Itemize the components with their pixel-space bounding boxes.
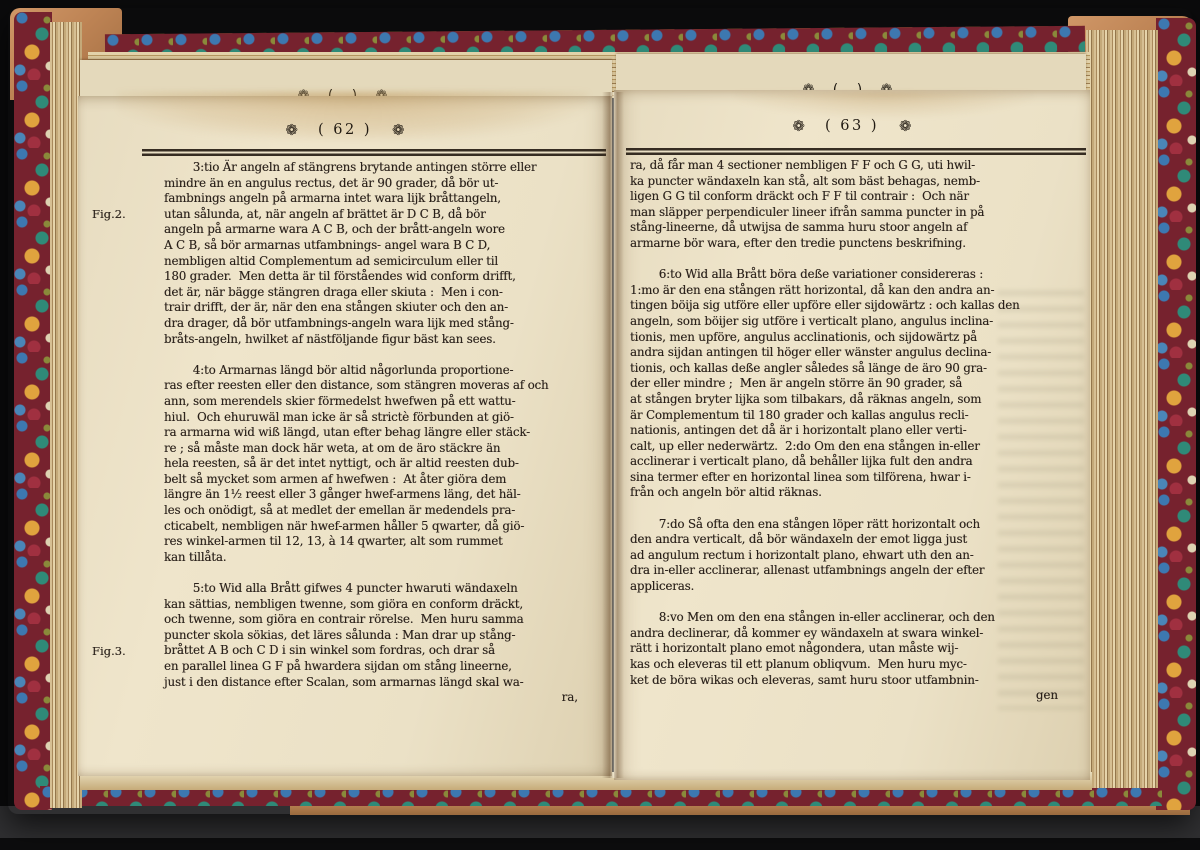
text-line: acclinerar i verticalt plano, då behålle… bbox=[630, 454, 1080, 470]
text-line: re ; så måste man dock här weta, at om d… bbox=[164, 441, 600, 457]
catchword: ra, bbox=[164, 690, 600, 706]
text-line: ra, då får man 4 sectioner nembligen F F… bbox=[630, 158, 1080, 174]
rosette-ornament-icon: ❁ bbox=[392, 123, 405, 138]
text-column: ra, då får man 4 sectioner nembligen F F… bbox=[630, 158, 1080, 704]
text-line: ras efter reesten eller den distance, so… bbox=[164, 378, 600, 394]
page-63: ❁ ( 63 ) ❁ ra, då får man 4 sectioner ne… bbox=[614, 90, 1090, 780]
text-line: 4:to Armarnas längd bör altid någorlunda… bbox=[164, 363, 600, 379]
text-line: tionis, och kallas deße angler således s… bbox=[630, 361, 1080, 377]
text-line: les och onödigt, så at medlet der emella… bbox=[164, 503, 600, 519]
text-line: belt så mycket som armen af hwefwen : At… bbox=[164, 472, 600, 488]
underlying-leaf-left: ❁ ( ) ❁ bbox=[80, 60, 612, 96]
text-line: nembligen altid Complementum ad semicirc… bbox=[164, 254, 600, 270]
text-line: en parallel linea G F på hwardera sijdan… bbox=[164, 659, 600, 675]
text-line: res winkel-armen til 12, 13, à 14 qwarte… bbox=[164, 534, 600, 550]
page-number: ( 62 ) bbox=[318, 122, 372, 138]
page-62: ❁ ( 62 ) ❁ Fig.2. Fig.3. 3:tio Är angeln… bbox=[78, 96, 612, 776]
text-line bbox=[630, 595, 1080, 611]
text-line: hiul. Och ehuruwäl man icke är så strict… bbox=[164, 410, 600, 426]
text-line: från och angeln bör altid räknas. bbox=[630, 485, 1080, 501]
text-line: A C B, så bör armarnas utfambnings- ange… bbox=[164, 238, 600, 254]
running-head: ❁ ( 63 ) ❁ bbox=[614, 118, 1090, 134]
text-line: mindre än en angulus rectus, det är 90 g… bbox=[164, 176, 600, 192]
text-line: puncter skola sökias, det läres sålunda … bbox=[164, 628, 600, 644]
marbled-cover-right bbox=[1156, 18, 1196, 810]
text-line: ket de böra wikas och eleveras, samt hur… bbox=[630, 673, 1080, 689]
text-line: den andra verticalt, då bör wändaxeln de… bbox=[630, 532, 1080, 548]
text-line: tingen böija sig utföre eller upföre ell… bbox=[630, 298, 1080, 314]
text-column: Fig.2. Fig.3. 3:tio Är angeln af stängre… bbox=[164, 160, 600, 706]
text-line: andra sijdan antingen til höger eller wä… bbox=[630, 345, 1080, 361]
text-line: kan sättias, nembligen twenne, som giöra… bbox=[164, 597, 600, 613]
text-line: bråts-angeln, hwilket af nästföljande fi… bbox=[164, 332, 600, 348]
text-line: kan tillåta. bbox=[164, 550, 600, 566]
page-edge-stack-right bbox=[1086, 30, 1158, 788]
text-line: nationis, antingen det då är i horizonta… bbox=[630, 423, 1080, 439]
text-line: 3:tio Är angeln af stängrens brytande an… bbox=[164, 160, 600, 176]
text-line: der eller mindre ; Men är angeln större … bbox=[630, 376, 1080, 392]
text-line: fambnings angeln på armarna intet wara l… bbox=[164, 191, 600, 207]
body-text: 3:tio Är angeln af stängrens brytande an… bbox=[164, 160, 600, 690]
text-line: appliceras. bbox=[630, 579, 1080, 595]
text-line: angeln, som böijer sig utföre i vertical… bbox=[630, 314, 1080, 330]
text-line bbox=[630, 501, 1080, 517]
text-line: sina termer efter en horizontal linea so… bbox=[630, 470, 1080, 486]
text-line: utan sålunda, at, när angeln af brättet … bbox=[164, 207, 600, 223]
text-line: hela reesten, så är det intet nyttigt, o… bbox=[164, 456, 600, 472]
text-line: 7:do Så ofta den ena stången löper rätt … bbox=[630, 517, 1080, 533]
double-rule bbox=[626, 148, 1086, 155]
paper-stain bbox=[734, 92, 1034, 118]
text-line: rätt i horizontalt plano emot någondera,… bbox=[630, 641, 1080, 657]
text-line: at stången bryter lijka som tilbakars, d… bbox=[630, 392, 1080, 408]
margin-note-fig2: Fig.2. bbox=[92, 207, 156, 221]
text-line: ann, som merendels skier förmedelst hwef… bbox=[164, 394, 600, 410]
text-line: bråttet A B och C D i sin winkel som for… bbox=[164, 643, 600, 659]
text-line: 6:to Wid alla Brått böra deße variatione… bbox=[630, 267, 1080, 283]
text-line: det är, när bägge stängren draga eller s… bbox=[164, 285, 600, 301]
text-line: 180 grader. Men detta är til förståendes… bbox=[164, 269, 600, 285]
running-head: ❁ ( 62 ) ❁ bbox=[78, 122, 612, 138]
floor-shadow bbox=[0, 838, 1200, 850]
text-line: calt, up eller nederwärtz. 2:do Om den e… bbox=[630, 439, 1080, 455]
rosette-ornament-icon: ❁ bbox=[899, 119, 912, 134]
rosette-ornament-icon: ❁ bbox=[285, 123, 298, 138]
text-line: trair drifft, der är, när den ena stånge… bbox=[164, 300, 600, 316]
book-gutter bbox=[602, 92, 624, 778]
text-line: kas och eleveras til ett planum obliqvum… bbox=[630, 657, 1080, 673]
rosette-ornament-icon: ❁ bbox=[792, 119, 805, 134]
catchword: gen bbox=[630, 688, 1080, 704]
text-line: 8:vo Men om den ena stången in-eller acc… bbox=[630, 610, 1080, 626]
body-text: ra, då får man 4 sectioner nembligen F F… bbox=[630, 158, 1080, 688]
text-line: man släpper perpendiculer lineer ifrån s… bbox=[630, 205, 1080, 221]
text-line: 1:mo är den ena stången rätt horizontal,… bbox=[630, 283, 1080, 299]
text-line: angeln på armarne wara A C B, och der br… bbox=[164, 222, 600, 238]
margin-note-fig3: Fig.3. bbox=[92, 644, 156, 658]
underlying-leaf-right: ❁ ( ) ❁ bbox=[616, 54, 1086, 90]
text-line bbox=[630, 252, 1080, 268]
text-line: armarne bör wara, efter den tredie punct… bbox=[630, 236, 1080, 252]
text-line: stång-lineerne, då utwijsa de samma huru… bbox=[630, 220, 1080, 236]
text-line: tionis, men upföre, angulus acclinationi… bbox=[630, 330, 1080, 346]
page-number: ( 63 ) bbox=[825, 118, 879, 134]
text-line bbox=[164, 347, 600, 363]
text-line: just i den distance efter Scalan, som ar… bbox=[164, 675, 600, 691]
text-line: ligen G G til conform dräckt och F F til… bbox=[630, 189, 1080, 205]
text-line: ad angulum rectum i horizontalt plano, e… bbox=[630, 548, 1080, 564]
text-line: är Complementum til 180 grader och kalla… bbox=[630, 408, 1080, 424]
text-line: ka puncter wändaxeln kan stå, alt som bä… bbox=[630, 174, 1080, 190]
marbled-cover-left bbox=[14, 12, 52, 810]
text-line: dra drager, då bör utfambnings-angeln wa… bbox=[164, 316, 600, 332]
text-line: andra declinerar, då kommer ey wändaxeln… bbox=[630, 626, 1080, 642]
text-line: och twenne, som giöra en contrair rörels… bbox=[164, 612, 600, 628]
double-rule bbox=[142, 149, 606, 156]
partial-running-head: ❁ ( ) ❁ bbox=[616, 82, 1086, 90]
text-line bbox=[164, 565, 600, 581]
text-line: längre än 1½ reest eller 3 gånger hwef-a… bbox=[164, 487, 600, 503]
text-line: cticabelt, nembligen när hwef-armen håll… bbox=[164, 519, 600, 535]
text-line: ra armarna wid wiß längd, utan efter beh… bbox=[164, 425, 600, 441]
text-line: 5:to Wid alla Brått gifwes 4 puncter hwa… bbox=[164, 581, 600, 597]
text-line: dra in-eller acclinerar, allenast utfamb… bbox=[630, 563, 1080, 579]
